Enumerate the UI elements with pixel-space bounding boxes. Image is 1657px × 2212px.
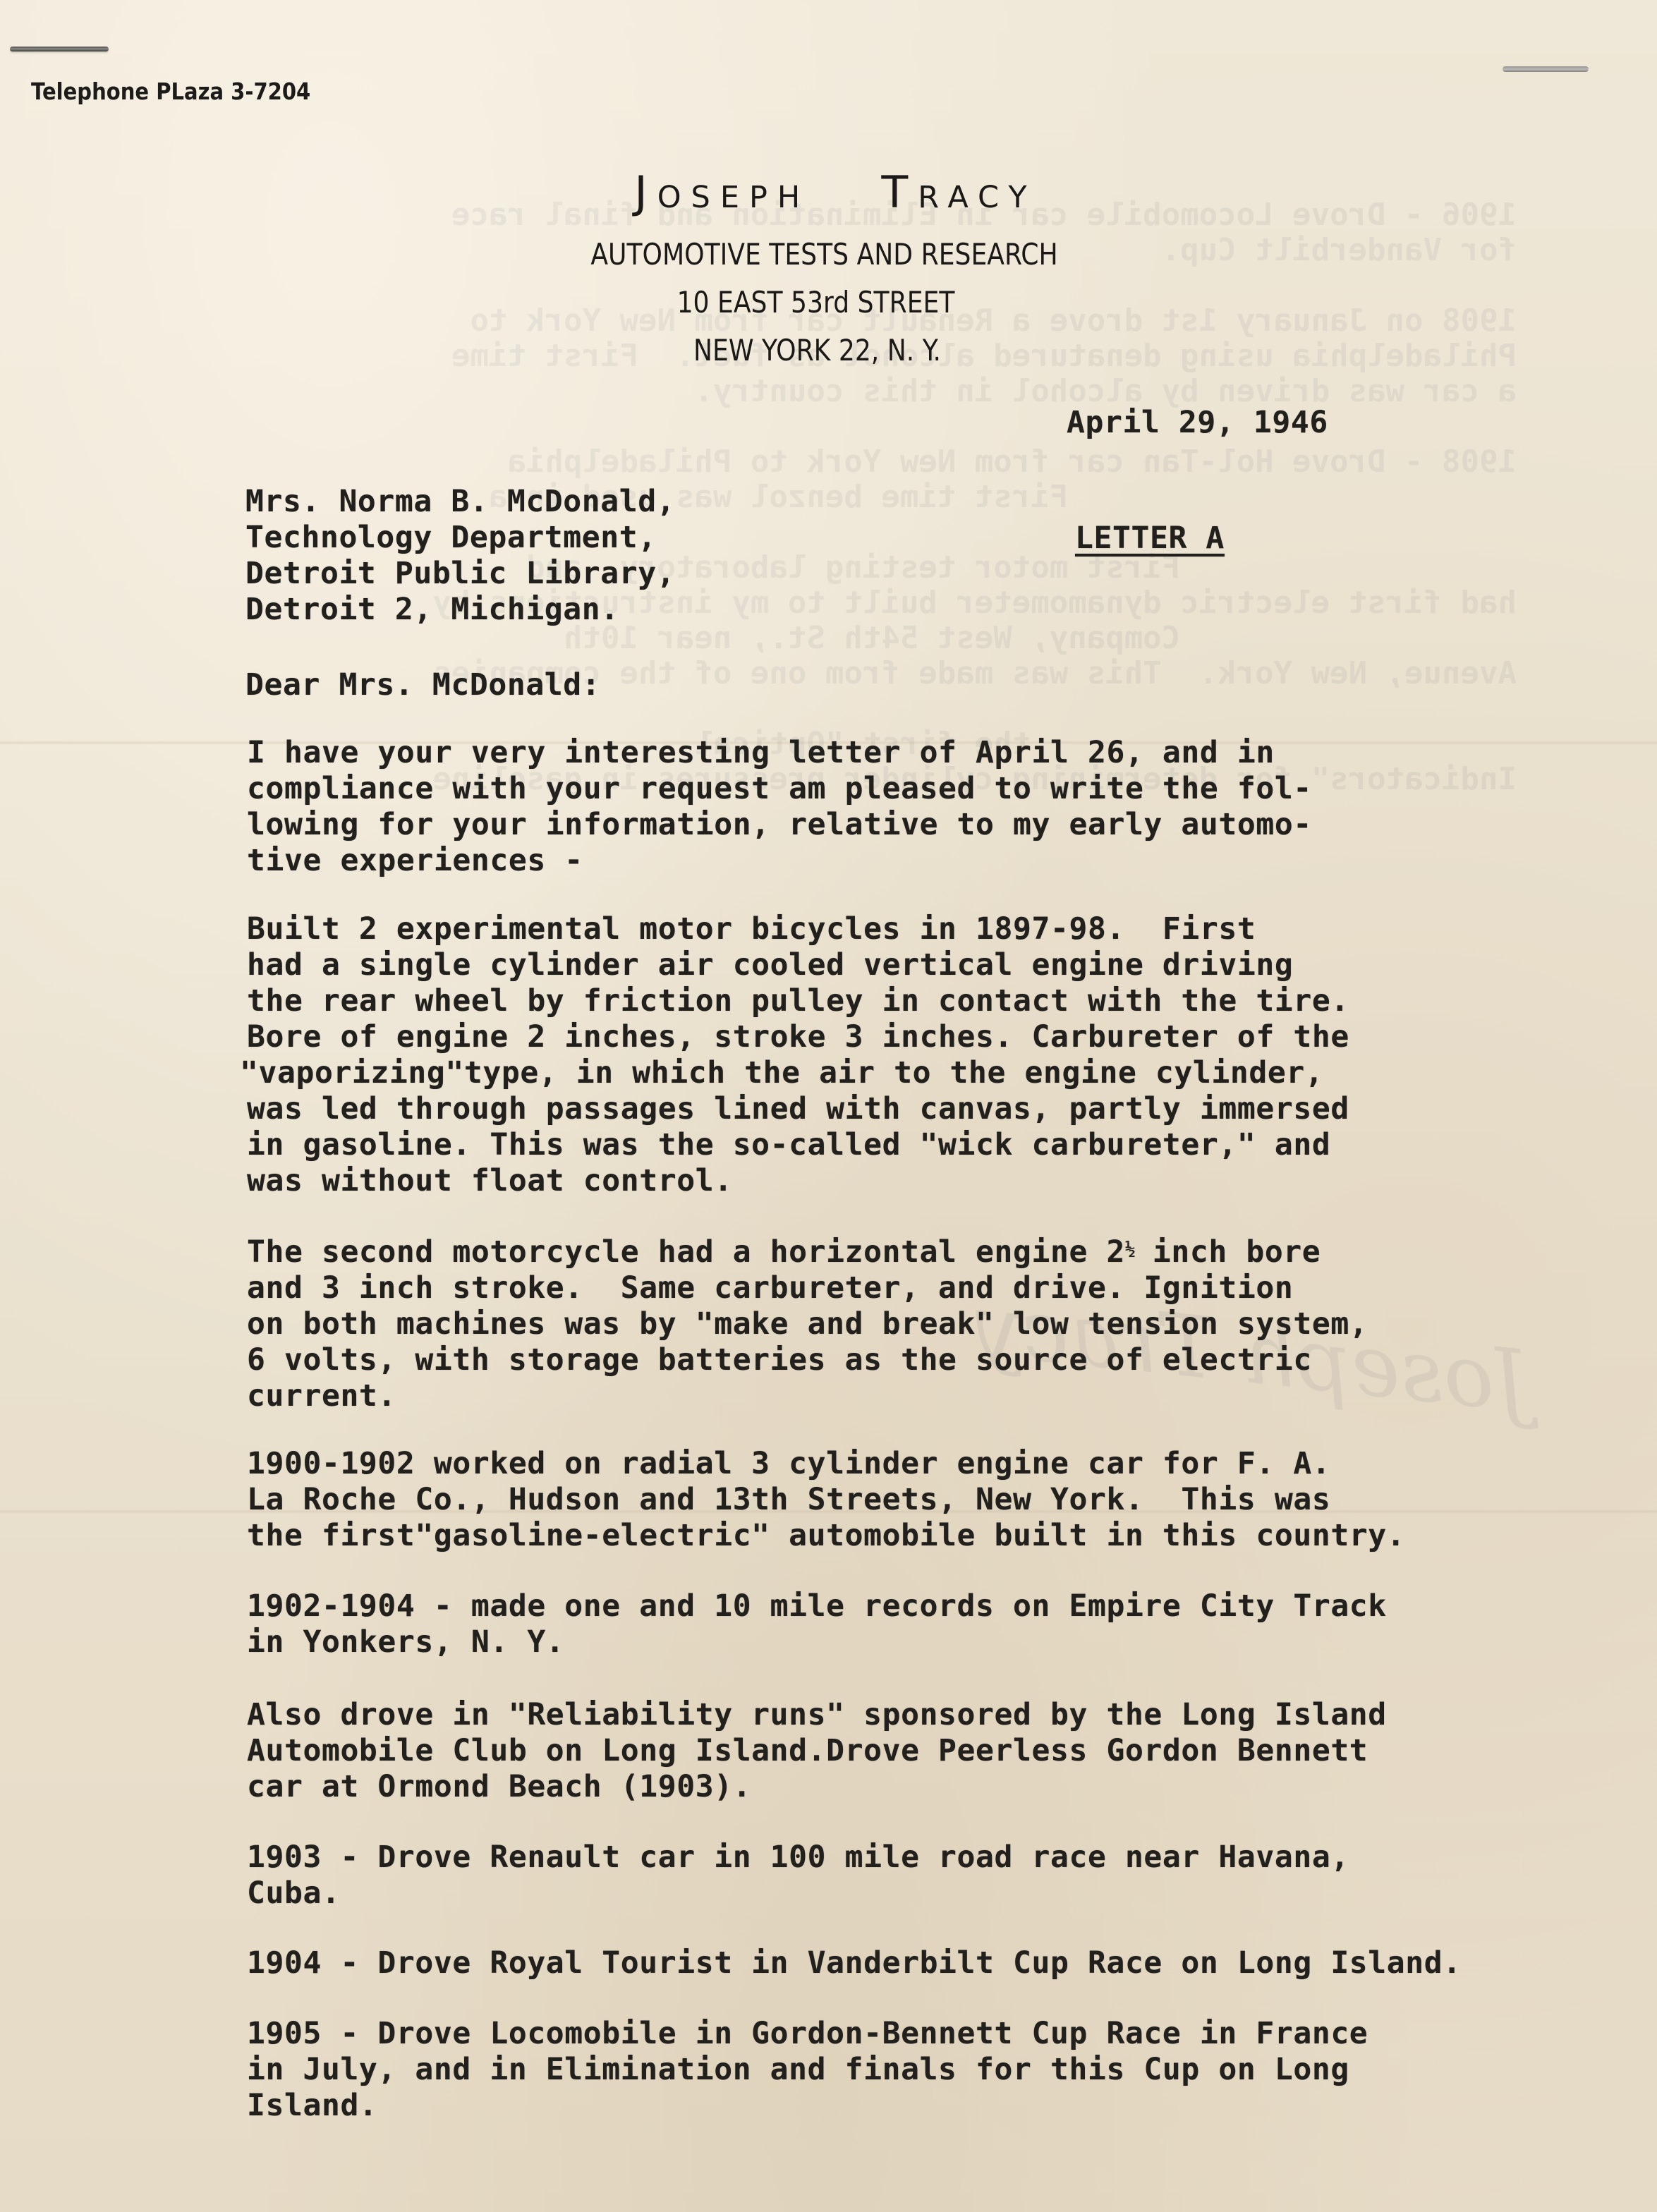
letter-date: April 29, 1946 [1067, 405, 1328, 441]
text-line: the first"gasoline-electric" automobile … [247, 1518, 1405, 1554]
recipient-line: Detroit 2, Michigan. [245, 592, 675, 628]
recipient-line: Detroit Public Library, [245, 556, 675, 592]
paragraph-second-motorcycle: The second motorcycle had a horizontal e… [247, 1232, 1368, 1414]
text-line: in gasoline. This was the so-called "wic… [247, 1127, 1349, 1163]
text-line: 1905 - Drove Locomobile in Gordon-Bennet… [247, 2016, 1368, 2052]
text-line: "vaporizing"type, in which the air to th… [240, 1055, 1349, 1091]
text-segment: The second motorcycle had a horizontal e… [247, 1234, 1125, 1270]
text-line: 6 volts, with storage batteries as the s… [247, 1342, 1368, 1378]
text-line: Built 2 experimental motor bicycles in 1… [247, 911, 1349, 947]
text-line: the rear wheel by friction pulley in con… [247, 983, 1349, 1019]
text-line: 1904 - Drove Royal Tourist in Vanderbilt… [247, 1945, 1462, 1981]
letterhead-name: Joseph Tracy [7, 166, 1657, 218]
text-line: in Yonkers, N. Y. [247, 1624, 1387, 1660]
paragraph-intro: I have your very interesting letter of A… [247, 735, 1312, 879]
text-line: I have your very interesting letter of A… [247, 735, 1312, 771]
text-line: lowing for your information, relative to… [247, 807, 1312, 843]
text-segment: inch bore [1134, 1234, 1321, 1270]
text-line: compliance with your request am pleased … [247, 771, 1312, 807]
text-line: Cuba. [247, 1876, 1349, 1912]
letterhead-telephone: Telephone PLaza 3-7204 [31, 78, 310, 105]
paragraph-1905: 1905 - Drove Locomobile in Gordon-Bennet… [247, 2016, 1368, 2124]
letterhead-street: 10 EAST 53rd STREET [103, 285, 1528, 320]
paragraph-1904: 1904 - Drove Royal Tourist in Vanderbilt… [247, 1945, 1462, 1981]
text-line: 1900-1902 worked on radial 3 cylinder en… [247, 1446, 1405, 1482]
text-line: in July, and in Elimination and finals f… [247, 2052, 1368, 2088]
text-line: was without float control. [247, 1163, 1349, 1199]
text-line: Also drove in "Reliability runs" sponsor… [247, 1697, 1387, 1733]
text-line: on both machines was by "make and break"… [247, 1306, 1368, 1342]
text-line: Island. [247, 2088, 1368, 2124]
staple-mark-left [10, 47, 109, 51]
text-line: current. [247, 1378, 1368, 1414]
text-line: tive experiences - [247, 843, 1312, 879]
paragraph-reliability-runs: Also drove in "Reliability runs" sponsor… [247, 1697, 1387, 1805]
paragraph-1902-1904: 1902-1904 - made one and 10 mile records… [247, 1588, 1387, 1660]
text-line: 1903 - Drove Renault car in 100 mile roa… [247, 1840, 1349, 1876]
letterhead-tagline: AUTOMOTIVE TESTS AND RESEARCH [111, 237, 1536, 272]
salutation: Dear Mrs. McDonald: [245, 667, 600, 703]
text-line: car at Ormond Beach (1903). [247, 1769, 1387, 1805]
text-line: and 3 inch stroke. Same carbureter, and … [247, 1270, 1368, 1306]
recipient-line: Technology Department, [245, 520, 675, 556]
text-line: Bore of engine 2 inches, stroke 3 inches… [247, 1019, 1349, 1055]
staple-mark-right [1503, 66, 1589, 72]
text-line: was led through passages lined with canv… [247, 1091, 1349, 1127]
text-line: La Roche Co., Hudson and 13th Streets, N… [247, 1482, 1405, 1518]
letterhead-city: NEW YORK 22, N. Y. [104, 333, 1529, 367]
paragraph-1903: 1903 - Drove Renault car in 100 mile roa… [247, 1840, 1349, 1912]
text-line: 1902-1904 - made one and 10 mile records… [247, 1588, 1387, 1624]
paragraph-motor-bicycles: Built 2 experimental motor bicycles in 1… [247, 911, 1349, 1199]
recipient-line: Mrs. Norma B. McDonald, [245, 484, 675, 520]
fraction-half: ½ [1125, 1239, 1134, 1259]
text-line: Automobile Club on Long Island.Drove Pee… [247, 1733, 1387, 1769]
text-line: The second motorcycle had a horizontal e… [247, 1232, 1368, 1270]
text-line: had a single cylinder air cooled vertica… [247, 947, 1349, 983]
recipient-address: Mrs. Norma B. McDonald,Technology Depart… [245, 484, 675, 628]
letterhead-first-name: Joseph [634, 166, 810, 218]
letter-reference: LETTER A [1075, 521, 1225, 557]
letterhead-last-name: Tracy [881, 166, 1036, 218]
paragraph-1900-1902: 1900-1902 worked on radial 3 cylinder en… [247, 1446, 1405, 1554]
